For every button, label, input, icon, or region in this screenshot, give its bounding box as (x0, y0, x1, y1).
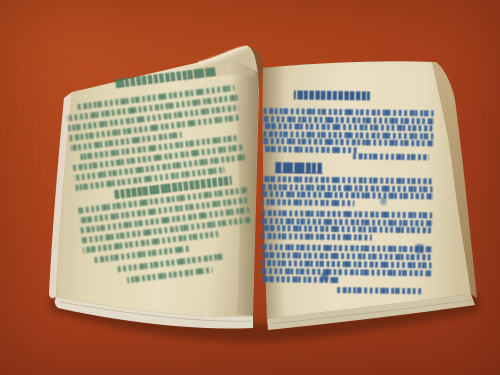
handwriting-line: 踏查回来后的几天里是画图工作，把踏查中所得的 (263, 176, 433, 184)
photo-backdrop: 大队三中队勘查测量汇要 一九六一年一月一日，清晨大家早早起来，把行李 收拾好就出… (0, 0, 500, 375)
ink-blot (416, 244, 424, 253)
ink-blot (321, 273, 328, 281)
handwriting-line: 踏实肯干，更要虚心向群众学习，把党和同志们对 (261, 260, 431, 268)
signature-line: 二月十五日晚 记 (337, 287, 421, 294)
ink-blot (380, 198, 386, 205)
left-page-text: 大队三中队勘查测量汇要 一九六一年一月一日，清晨大家早早起来，把行李 收拾好就出… (60, 55, 279, 309)
handwriting-line: 子前，手都画酸了，但看到图一张张地画出来，心 (262, 191, 432, 199)
handwriting-line: 下午休整了，整理稿子，想起自己在这里工作快满 (262, 210, 432, 218)
left-page-title: 大队三中队勘查测量汇要 (115, 67, 217, 88)
right-page-text: 两天地质踏查 一月中一早起床，趁天亮以前把勘查用的工具仪器 检查了一遍，然后分头… (259, 86, 438, 302)
right-page-heading-2: 安心画图 (275, 162, 323, 174)
handwriting-line: 里头说不出的高兴。 (262, 199, 354, 206)
handwriting-line: 什么都不懂，是同志们手把手教我，现在总算能独 (262, 225, 432, 233)
handwriting-line: 立工作了，想起来真是感激得很。 (262, 233, 372, 241)
handwriting-line: 度必须端正，时刻记着为人民服务，工作上不但要 (262, 252, 432, 260)
handwriting-line: 自己的信任牢牢记在心坎上，争取早日进步，不辜 (261, 268, 431, 276)
date-line: 一月23——29．补记 (353, 153, 429, 160)
handwriting-line: 指导员今天找我谈话，要我到队部做社会工作，态 (262, 244, 432, 252)
handwriting-line: 了解测区里各处的大致情形，界定范围和路线，同 (263, 123, 433, 131)
handwriting-line: 一月中一早起床，趁天亮以前把勘查用的工具仪器 (264, 108, 434, 116)
handwriting-line: 大家虽然辛苦，但收获不小。 (263, 146, 357, 153)
handwriting-line: 来一身汗，深入细致的踏查给了我们很大的帮助， (263, 138, 433, 146)
right-page-heading-1: 两天地质踏查 (294, 90, 370, 100)
